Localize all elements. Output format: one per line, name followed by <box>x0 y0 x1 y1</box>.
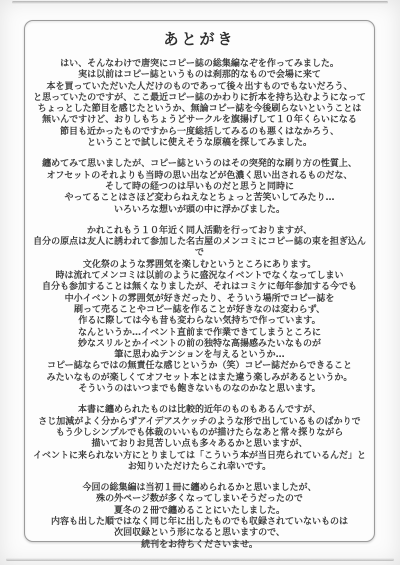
text-frame: あとがき はい、そんなわけで唐突にコピー誌の総集編なぞを作ってみました。 実は以… <box>24 20 375 542</box>
scan-artifact-bottom <box>6 558 394 561</box>
afterword-paragraph-4: 本書に纏められたものは比較的近年のものもあるんですが、 さじ加減がよく分からずア… <box>31 405 368 473</box>
afterword-page: あとがき はい、そんなわけで唐突にコピー誌の総集編なぞを作ってみました。 実は以… <box>0 0 400 565</box>
page-title: あとがき <box>25 28 374 49</box>
scan-artifact-top <box>12 1 388 4</box>
afterword-paragraph-3: かれこれもう１０年近く同人活動を行っておりますが、 自分の原点は友人に誘われて参… <box>31 226 368 395</box>
afterword-paragraph-5: 今回の総集編は当初１冊に纏められるかと思いましたが、 殊の外ページ数が多くなって… <box>31 483 368 551</box>
afterword-paragraph-1: はい、そんなわけで唐突にコピー誌の総集編なぞを作ってみました。 実は以前はコピー… <box>31 59 368 149</box>
afterword-body: はい、そんなわけで唐突にコピー誌の総集編なぞを作ってみました。 実は以前はコピー… <box>25 59 374 551</box>
afterword-paragraph-2: 纏めてみて思いましたが、コピー誌というのはその突発的な刷り方の性質上、 オフセッ… <box>31 159 368 215</box>
